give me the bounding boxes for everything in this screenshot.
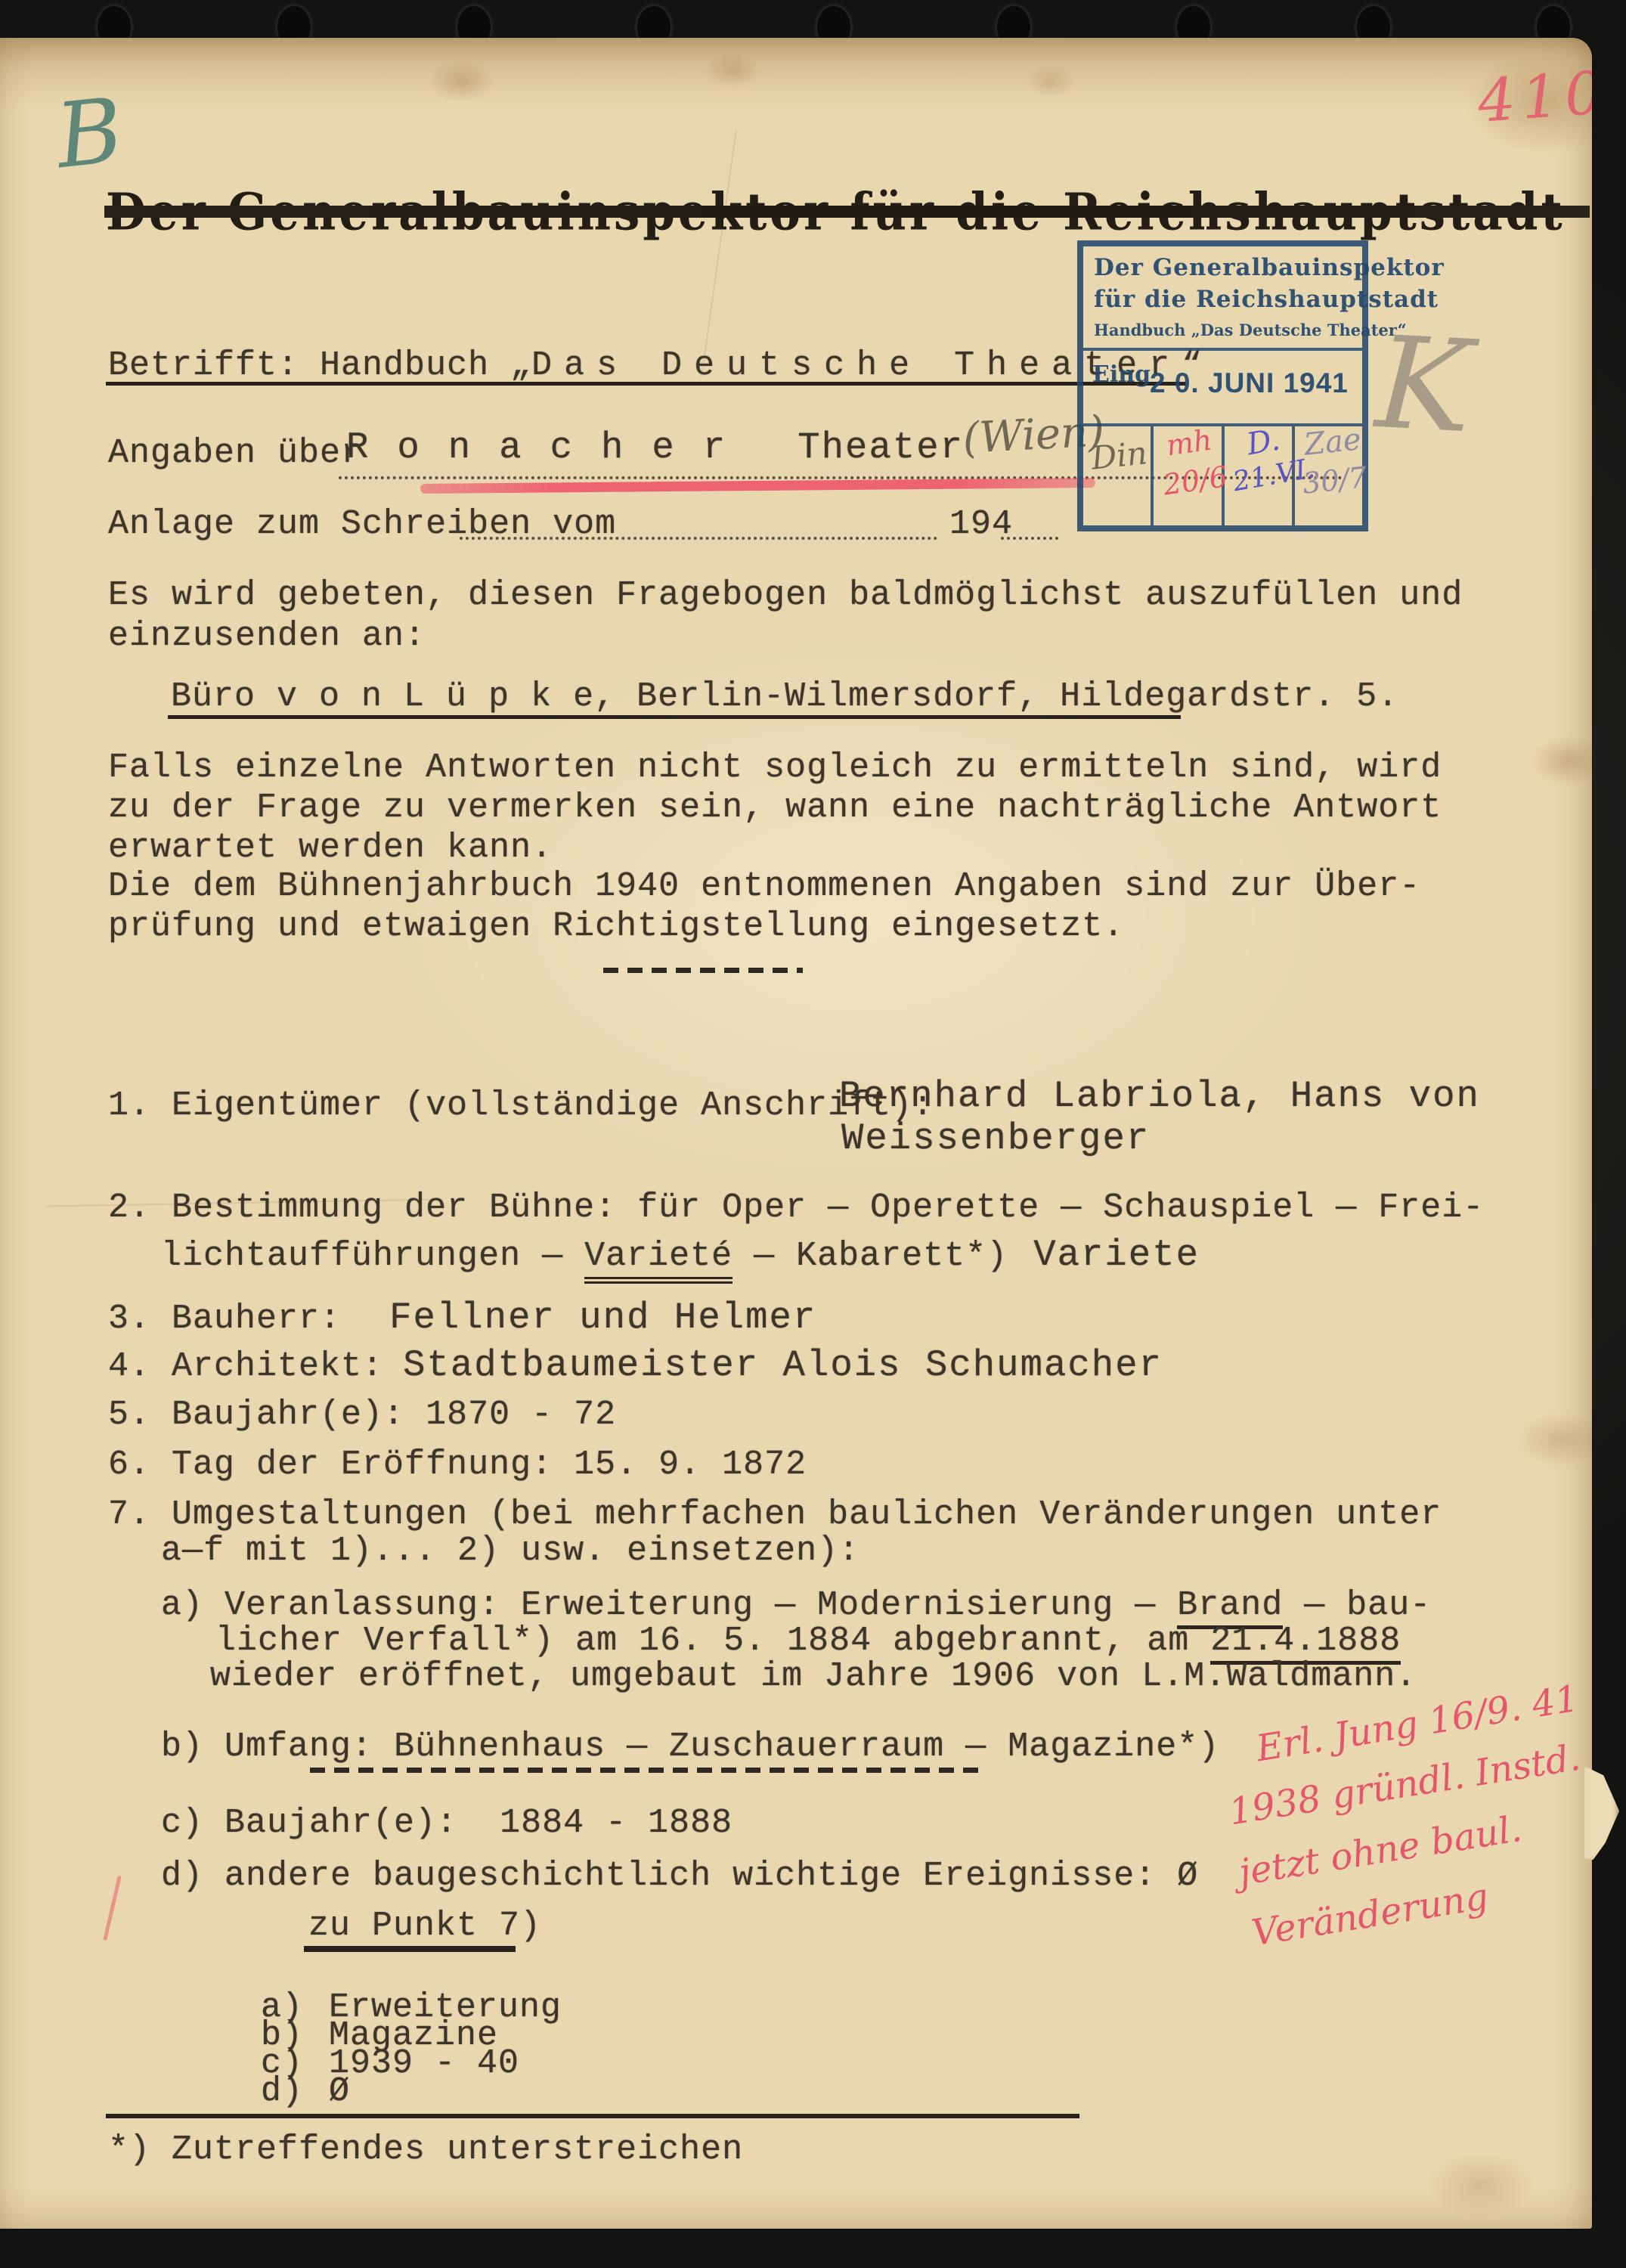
stamp-divider xyxy=(1083,348,1362,351)
item2-line2-pre: lichtaufführungen — xyxy=(161,1237,584,1275)
item2-line2: lichtaufführungen — Varieté — Kabarett*)… xyxy=(161,1235,1200,1276)
buehnenjahrbuch-line-1: Die dem Bühnenjahrbuch 1940 entnommenen … xyxy=(108,867,1420,906)
item7-line2: a—f mit 1)... 2) usw. einsetzen): xyxy=(161,1532,859,1571)
stamp-cell-handwriting: 30/7 xyxy=(1301,460,1368,500)
stamp-cell-handwriting: 20/6 xyxy=(1161,460,1230,501)
red-crayon-underline xyxy=(420,478,1095,494)
item7c-line: c) Baujahr(e): 1884 - 1888 xyxy=(161,1804,732,1843)
scanned-document-page: B 410. Der Generalbauinspektor für die R… xyxy=(0,0,1626,2268)
stamp-cell: Din xyxy=(1083,426,1154,525)
item4-label: 4. Architekt: xyxy=(108,1347,383,1386)
anlage-dotted-line-small xyxy=(1001,516,1058,540)
item2-variete-underlined: Varieté xyxy=(584,1237,732,1284)
item3-answer: Fellner und Helmer xyxy=(389,1297,816,1339)
stamp-date: 2 0. JUNI 1941 xyxy=(1150,367,1349,399)
intro-line-2: einzusenden an: xyxy=(108,617,426,656)
sub-item-value: Ø xyxy=(329,2072,350,2111)
item4-answer: Stadtbaumeister Alois Schumacher xyxy=(403,1344,1163,1387)
item5-line: 5. Baujahr(e): 1870 - 72 xyxy=(108,1396,616,1435)
zu-punkt-heading: zu Punkt 7) xyxy=(308,1907,541,1946)
letterhead-rule xyxy=(104,206,1590,218)
item7a-line2-pre: licher Verfall*) am 16. 5. 1884 abgebran… xyxy=(215,1622,1210,1660)
anlage-dotted-line xyxy=(460,508,937,540)
item1-label: 1. Eigentümer (vollständige Anschrift): xyxy=(108,1086,934,1126)
footnote-rule xyxy=(106,2114,1079,2118)
typed-dash-divider xyxy=(603,968,803,973)
handwritten-b-mark: B xyxy=(51,78,128,188)
receipt-stamp: Der Generalbauinspektor für die Reichsha… xyxy=(1077,240,1368,531)
falls-line-1: Falls einzelne Antworten nicht sogleich … xyxy=(108,748,1442,788)
item2-answer: Variete xyxy=(1033,1234,1200,1276)
buero-address: Büro v o n L ü p k e, Berlin-Wilmersdorf… xyxy=(171,677,1398,717)
item1-answer-line1: Bernhard Labriola, Hans von xyxy=(839,1077,1480,1116)
item3-label: 3. Bauherr: xyxy=(108,1300,341,1338)
zu-punkt-underline xyxy=(304,1946,516,1952)
betrifft-underline xyxy=(106,382,1185,386)
red-page-number: 410. xyxy=(1476,57,1592,136)
item7b-list: Bühnenhaus — Zuschauerraum — Magazine*) xyxy=(394,1727,1219,1766)
buero-underline xyxy=(168,715,1181,719)
item7a-line1-pre: a) Veranlassung: Erweiterung — Modernisi… xyxy=(161,1586,1177,1625)
red-margin-tick xyxy=(103,1876,122,1941)
item7d-line: d) andere baugeschichtlich wichtige Erei… xyxy=(161,1857,1198,1896)
betrifft-line: Betrifft: Handbuch „Das Deutsche Theater… xyxy=(108,346,1203,386)
item7b-line: b) Umfang: Bühnenhaus — Zuschauerraum — … xyxy=(161,1727,1219,1767)
stamp-eing-label: Eing xyxy=(1092,361,1151,388)
paper-sheet: B 410. Der Generalbauinspektor für die R… xyxy=(0,38,1592,2229)
stamp-cell-handwriting: Din xyxy=(1089,434,1149,476)
buehnenjahrbuch-line-2: prüfung und etwaigen Richtigstellung ein… xyxy=(108,907,1124,947)
item4-line: 4. Architekt:Stadtbaumeister Alois Schum… xyxy=(108,1346,1163,1387)
item1-answer-line2: Weissenberger xyxy=(841,1119,1150,1158)
item7a-line1: a) Veranlassung: Erweiterung — Modernisi… xyxy=(161,1586,1431,1625)
angaben-label: Angaben über xyxy=(108,434,362,473)
item2-line1: 2. Bestimmung der Bühne: für Oper — Oper… xyxy=(108,1188,1484,1228)
stamp-line-1: Der Generalbauinspektor xyxy=(1094,254,1445,281)
item2-line2-post: — Kabarett*) xyxy=(732,1237,1008,1275)
item7a-line3: wieder eröffnet, umgebaut im Jahre 1906 … xyxy=(210,1657,1417,1696)
item6-line: 6. Tag der Eröffnung: 15. 9. 1872 xyxy=(108,1445,807,1485)
footnote: *) Zutreffendes unterstreichen xyxy=(108,2130,743,2170)
falls-line-3: erwartet werden kann. xyxy=(108,829,553,868)
sub-item-value: 1939 - 40 xyxy=(329,2044,519,2083)
stamp-line-2: für die Reichshauptstadt xyxy=(1094,286,1439,313)
item7b-pre: b) Umfang: xyxy=(161,1727,394,1766)
intro-line-1: Es wird gebeten, diesen Fragebogen baldm… xyxy=(108,576,1463,615)
item7a-line1-post: — bau- xyxy=(1283,1586,1431,1625)
paper-crease xyxy=(701,129,737,376)
sub-item-row: d)Ø xyxy=(261,2072,350,2112)
item7-line1: 7. Umgestaltungen (bei mehrfachen baulic… xyxy=(108,1495,1442,1535)
falls-line-2: zu der Frage zu vermerken sein, wann ein… xyxy=(108,789,1442,828)
stamp-routing-cells: Din mh 20/6 D. 21.VI. Zae 30/7 xyxy=(1083,426,1362,525)
item3-line: 3. Bauherr:Fellner und Helmer xyxy=(108,1298,816,1339)
sub-item-letter: d) xyxy=(261,2072,303,2111)
torn-paper-edge xyxy=(1584,1766,1619,1860)
stamp-cell-handwriting: mh xyxy=(1164,423,1214,463)
stamp-cell: mh 20/6 xyxy=(1154,426,1224,525)
item7b-dashed-underline xyxy=(310,1768,978,1773)
item7a-line2: licher Verfall*) am 16. 5. 1884 abgebran… xyxy=(215,1622,1401,1661)
stamp-cell-handwriting: Zae xyxy=(1302,422,1363,463)
stamp-line-3: Handbuch „Das Deutsche Theater“ xyxy=(1094,321,1407,339)
stamp-cell: D. 21.VI. xyxy=(1225,426,1295,525)
betrifft-prefix: Betrifft: Handbuch „ xyxy=(108,346,531,385)
stamp-cell: Zae 30/7 xyxy=(1295,426,1362,525)
stamp-cell-handwriting: D. xyxy=(1244,422,1283,462)
